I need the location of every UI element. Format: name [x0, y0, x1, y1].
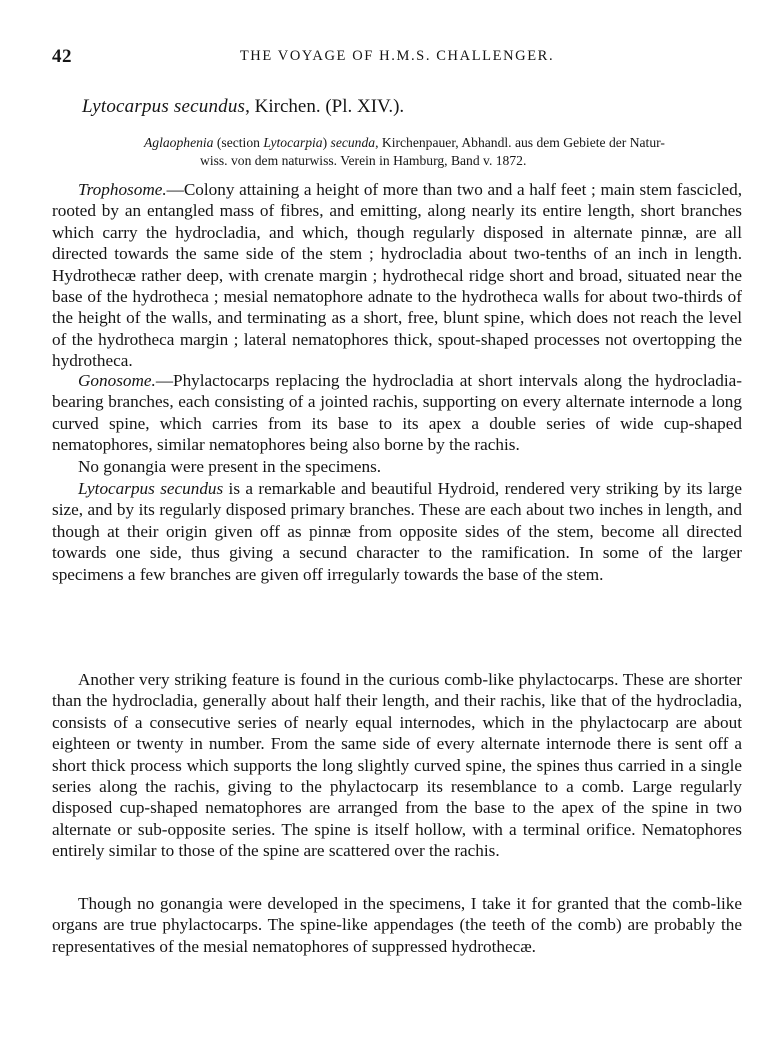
paragraph-text: —Colony attaining a height of more than …: [52, 180, 742, 370]
species-authority: , Kirchen. (Pl. XIV.).: [245, 96, 404, 117]
synonymy-citation: Aglaophenia (section Lytocarpia) secunda…: [144, 134, 742, 170]
species-heading: Lytocarpus secundus, Kirchen. (Pl. XIV.)…: [82, 96, 404, 118]
paragraph-text: Another very striking feature is found i…: [52, 670, 742, 860]
paragraph-lead: Lytocarpus secundus: [78, 479, 223, 498]
synonym-genus: Aglaophenia: [144, 135, 213, 150]
synonymy-continuation: wiss. von dem naturwiss. Verein in Hambu…: [144, 152, 742, 170]
synonym-species: secunda: [331, 135, 376, 150]
paragraph-text: No gonangia were present in the specimen…: [78, 457, 381, 476]
paragraph-lead: Trophosome.: [78, 180, 167, 199]
paragraph-text: —Phylactocarps replacing the hydrocladia…: [52, 371, 742, 454]
synonymy-text: , Kirchenpauer, Abhandl. aus dem Gebiete…: [375, 135, 665, 150]
paragraph-text: Though no gonangia were developed in the…: [52, 894, 742, 956]
paragraph-conclusion: Though no gonangia were developed in the…: [52, 893, 742, 957]
synonym-section: Lytocarpia: [263, 135, 322, 150]
paragraph-no-gonangia: No gonangia were present in the specimen…: [52, 456, 742, 477]
paragraph-gonosome: Gonosome.—Phylactocarps replacing the hy…: [52, 370, 742, 456]
synonymy-text: ): [323, 135, 331, 150]
running-head: 42 THE VOYAGE OF H.M.S. CHALLENGER.: [52, 46, 742, 68]
synonymy-text: (section: [213, 135, 263, 150]
species-name: Lytocarpus secundus: [82, 96, 245, 117]
paragraph-lead: Gonosome.: [78, 371, 156, 390]
paragraph-lytocarpus: Lytocarpus secundus is a remarkable and …: [52, 478, 742, 585]
running-title: THE VOYAGE OF H.M.S. CHALLENGER.: [52, 48, 742, 65]
paragraph-phylactocarps: Another very striking feature is found i…: [52, 669, 742, 862]
document-page: 42 THE VOYAGE OF H.M.S. CHALLENGER. Lyto…: [0, 0, 776, 1050]
paragraph-trophosome: Trophosome.—Colony attaining a height of…: [52, 179, 742, 372]
